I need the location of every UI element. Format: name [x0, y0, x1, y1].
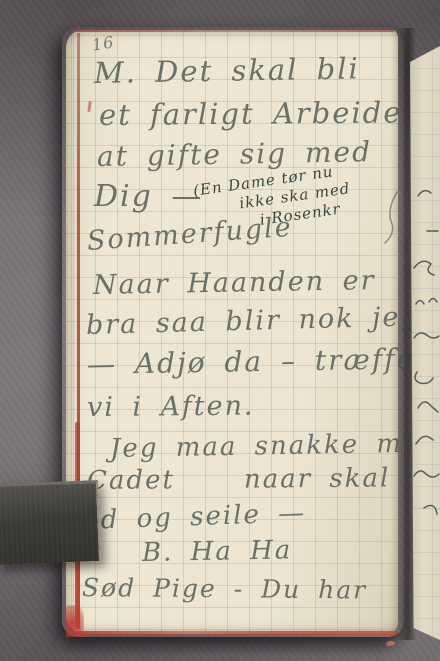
handwriting-line-4: Dig — — [94, 179, 203, 214]
handwriting-line-12: ud og seile — — [81, 498, 306, 536]
handwriting-line-7: bra saa blir nok jeg — [86, 301, 420, 341]
red-paint-fleck — [386, 640, 396, 646]
handwriting-line-10: Jeg maa snakke med — [110, 428, 440, 464]
red-painted-corner — [66, 605, 84, 637]
red-painted-top-edge — [76, 30, 394, 32]
handwriting-line-1: M. Det skal bli — [94, 51, 360, 90]
facing-page-ink-fragments — [410, 46, 440, 640]
handwriting-line-5: Sommerfugle — [86, 212, 294, 257]
red-paint-smudge — [87, 101, 91, 112]
handwriting-line-13: B. Ha Ha — [142, 535, 293, 568]
metal-bar — [0, 480, 101, 565]
page-number: 16 — [91, 32, 116, 54]
stray-pencil-mark — [382, 190, 400, 246]
handwriting-line-6: Naar Haanden er — [93, 265, 376, 301]
notebook-page: 16 M. Det skal bli et farligt Arbeide at… — [66, 30, 398, 634]
facing-page-edge — [410, 46, 440, 640]
handwriting-line-9: vi i Aften. — [87, 391, 255, 423]
handwriting-line-14: Sød Pige - Du har — [82, 573, 367, 604]
handwriting-line-2: et farligt Arbeide — [99, 95, 403, 132]
red-painted-bottom-edge — [74, 631, 397, 635]
handwriting-line-8: — Adjø da – træffes — [87, 342, 432, 381]
notebook-photo-scene: 16 M. Det skal bli et farligt Arbeide at… — [0, 0, 440, 661]
handwriting-line-11: Cadet naar skal — [87, 463, 391, 496]
